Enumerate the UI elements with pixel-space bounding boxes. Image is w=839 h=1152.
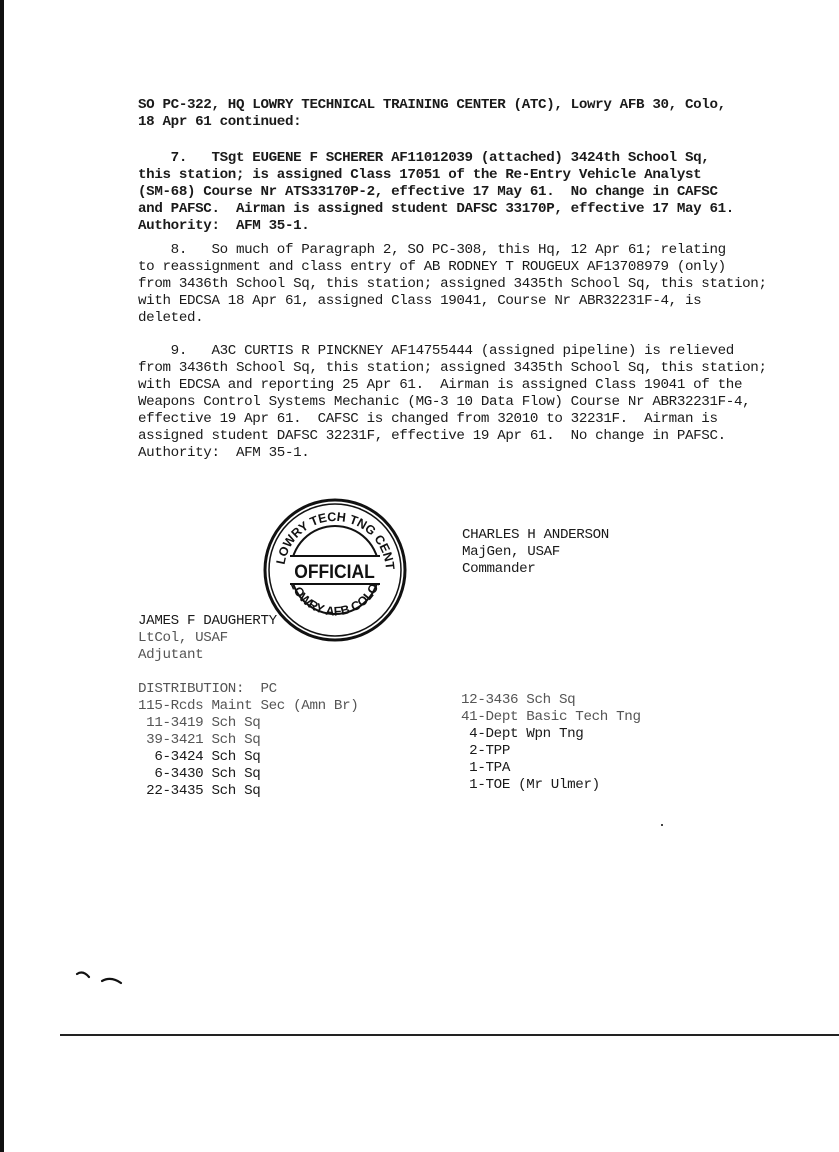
pen-mark-icon [75,968,135,990]
paragraph-8: 8. So much of Paragraph 2, SO PC-308, th… [138,242,828,327]
adjutant-name: JAMES F DAUGHERTY [138,613,277,630]
distribution-item: 2-TPP [461,743,641,760]
seal-icon: HQ LOWRY TECH TNG CENTER LOWRY AFB COLO.… [260,490,410,650]
distribution-right: 12-3436 Sch Sq 41-Dept Basic Tech Tng 4-… [461,692,641,794]
scan-edge [0,0,4,1152]
header-line-2: 18 Apr 61 continued: [138,114,828,131]
commander-rank: MajGen, USAF [462,544,609,561]
paragraph-line: with EDCSA 18 Apr 61, assigned Class 190… [138,293,828,310]
distribution-item: 1-TPA [461,760,641,777]
adjutant-signature-block: JAMES F DAUGHERTY LtCol, USAF Adjutant [138,613,277,664]
paragraph-line: from 3436th School Sq, this station; ass… [138,276,828,293]
distribution-item: 39-3421 Sch Sq [138,732,358,749]
paragraph-line: this station; is assigned Class 17051 of… [138,167,828,184]
distribution-item: 115-Rcds Maint Sec (Amn Br) [138,698,358,715]
scan-speck [661,824,663,826]
paragraph-line: assigned student DAFSC 32231F, effective… [138,428,828,445]
svg-text:OFFICIAL: OFFICIAL [294,560,375,582]
paragraph-line: 7. TSgt EUGENE F SCHERER AF11012039 (att… [138,150,828,167]
distribution-item: 6-3424 Sch Sq [138,749,358,766]
paragraph-line: Weapons Control Systems Mechanic (MG-3 1… [138,394,828,411]
paragraph-line: Authority: AFM 35-1. [138,218,828,235]
distribution-item: 12-3436 Sch Sq [461,692,641,709]
paragraph-line: 8. So much of Paragraph 2, SO PC-308, th… [138,242,828,259]
distribution-item: 22-3435 Sch Sq [138,783,358,800]
distribution-item: 4-Dept Wpn Tng [461,726,641,743]
paragraph-7: 7. TSgt EUGENE F SCHERER AF11012039 (att… [138,150,828,235]
paragraph-line: effective 19 Apr 61. CAFSC is changed fr… [138,411,828,428]
paragraph-9: 9. A3C CURTIS R PINCKNEY AF14755444 (ass… [138,343,828,462]
official-seal-stamp: HQ LOWRY TECH TNG CENTER LOWRY AFB COLO.… [260,490,410,650]
horizontal-rule [60,1034,839,1036]
commander-signature-block: CHARLES H ANDERSON MajGen, USAF Commande… [462,527,609,578]
document-page: SO PC-322, HQ LOWRY TECHNICAL TRAINING C… [0,0,839,1152]
paragraph-line: (SM-68) Course Nr ATS33170P-2, effective… [138,184,828,201]
paragraph-line: deleted. [138,310,828,327]
paragraph-line: 9. A3C CURTIS R PINCKNEY AF14755444 (ass… [138,343,828,360]
commander-title: Commander [462,561,609,578]
paragraph-line: Authority: AFM 35-1. [138,445,828,462]
paragraph-line: and PAFSC. Airman is assigned student DA… [138,201,828,218]
distribution-heading: DISTRIBUTION: PC [138,681,358,698]
paragraph-line: with EDCSA and reporting 25 Apr 61. Airm… [138,377,828,394]
adjutant-rank: LtCol, USAF [138,630,277,647]
commander-name: CHARLES H ANDERSON [462,527,609,544]
order-header: SO PC-322, HQ LOWRY TECHNICAL TRAINING C… [138,97,828,131]
distribution-left: DISTRIBUTION: PC 115-Rcds Maint Sec (Amn… [138,681,358,800]
paragraph-line: from 3436th School Sq, this station; ass… [138,360,828,377]
adjutant-title: Adjutant [138,647,277,664]
distribution-item: 1-TOE (Mr Ulmer) [461,777,641,794]
paragraph-line: to reassignment and class entry of AB RO… [138,259,828,276]
header-line-1: SO PC-322, HQ LOWRY TECHNICAL TRAINING C… [138,97,828,114]
distribution-item: 11-3419 Sch Sq [138,715,358,732]
distribution-item: 41-Dept Basic Tech Tng [461,709,641,726]
distribution-item: 6-3430 Sch Sq [138,766,358,783]
